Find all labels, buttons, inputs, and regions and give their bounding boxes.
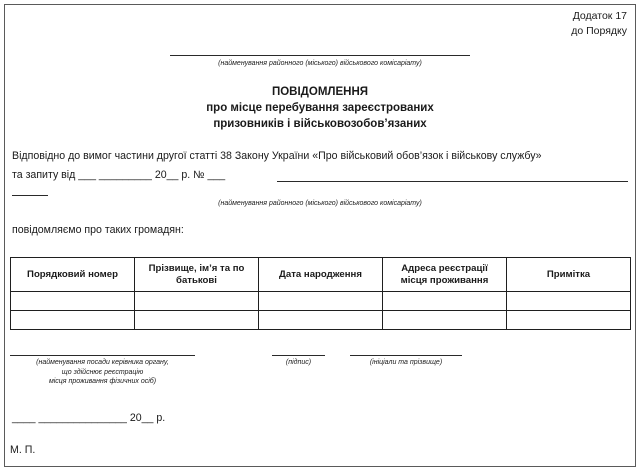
intro-line: повідомляємо про таких громадян: bbox=[12, 224, 184, 237]
cell-ordinal-number bbox=[11, 292, 135, 311]
cell-registration-address bbox=[383, 311, 507, 330]
col-header-note: Примітка bbox=[507, 258, 631, 292]
table-row bbox=[11, 311, 631, 330]
initials-blank-line bbox=[350, 355, 462, 356]
cell-note bbox=[507, 292, 631, 311]
col-header-ordinal-number: Порядковий номер bbox=[11, 258, 135, 292]
request-source-blank-line bbox=[277, 181, 628, 182]
title-line-2: про місце перебування зареєстрованих bbox=[0, 100, 640, 116]
seal-placeholder: М. П. bbox=[10, 444, 35, 457]
col-header-registration-address: Адреса реєстрації місця проживання bbox=[383, 258, 507, 292]
annex-order: до Порядку bbox=[571, 24, 627, 39]
commissariat-caption-mid: (найменування районного (міського) війсь… bbox=[0, 199, 640, 209]
citizens-table: Порядковий номер Прізвище, ім’я та по ба… bbox=[10, 257, 631, 330]
col-header-full-name: Прізвище, ім’я та по батькові bbox=[135, 258, 259, 292]
annex-reference: Додаток 17 до Порядку bbox=[571, 9, 627, 39]
signer-caption-line-3: місця проживання фізичних осіб) bbox=[10, 377, 195, 387]
paragraph-line-2: та запиту від ___ _________ 20__ р. № __… bbox=[12, 169, 225, 182]
title-line-3: призовників і військовозобов’язаних bbox=[0, 116, 640, 132]
cell-birth-date bbox=[259, 311, 383, 330]
document-title: ПОВІДОМЛЕННЯ про місце перебування зареє… bbox=[0, 84, 640, 132]
cell-ordinal-number bbox=[11, 311, 135, 330]
date-blank-line: ____ _______________ 20__ р. bbox=[12, 412, 165, 425]
paragraph-line-1: Відповідно до вимог частини другої статт… bbox=[12, 150, 632, 163]
title-line-1: ПОВІДОМЛЕННЯ bbox=[0, 84, 640, 100]
signer-position-caption: (найменування посади керівника органу, щ… bbox=[10, 358, 195, 387]
table-row bbox=[11, 292, 631, 311]
commissariat-blank-line bbox=[170, 55, 470, 56]
table-header-row: Порядковий номер Прізвище, ім’я та по ба… bbox=[11, 258, 631, 292]
signature-caption: (підпис) bbox=[272, 358, 325, 368]
cell-registration-address bbox=[383, 292, 507, 311]
annex-number: Додаток 17 bbox=[571, 9, 627, 24]
initials-caption: (ініціали та прізвище) bbox=[350, 358, 462, 368]
signer-caption-line-2: що здійснює реєстрацію bbox=[10, 368, 195, 378]
col-header-birth-date: Дата народження bbox=[259, 258, 383, 292]
notification-form-page: Додаток 17 до Порядку (найменування райо… bbox=[0, 0, 640, 472]
cell-birth-date bbox=[259, 292, 383, 311]
cell-full-name bbox=[135, 292, 259, 311]
signer-position-blank-line bbox=[10, 355, 195, 356]
cell-full-name bbox=[135, 311, 259, 330]
signature-blank-line bbox=[272, 355, 325, 356]
request-source-blank-stub bbox=[12, 195, 48, 196]
cell-note bbox=[507, 311, 631, 330]
commissariat-caption-top: (найменування районного (міського) війсь… bbox=[0, 59, 640, 69]
signer-caption-line-1: (найменування посади керівника органу, bbox=[10, 358, 195, 368]
